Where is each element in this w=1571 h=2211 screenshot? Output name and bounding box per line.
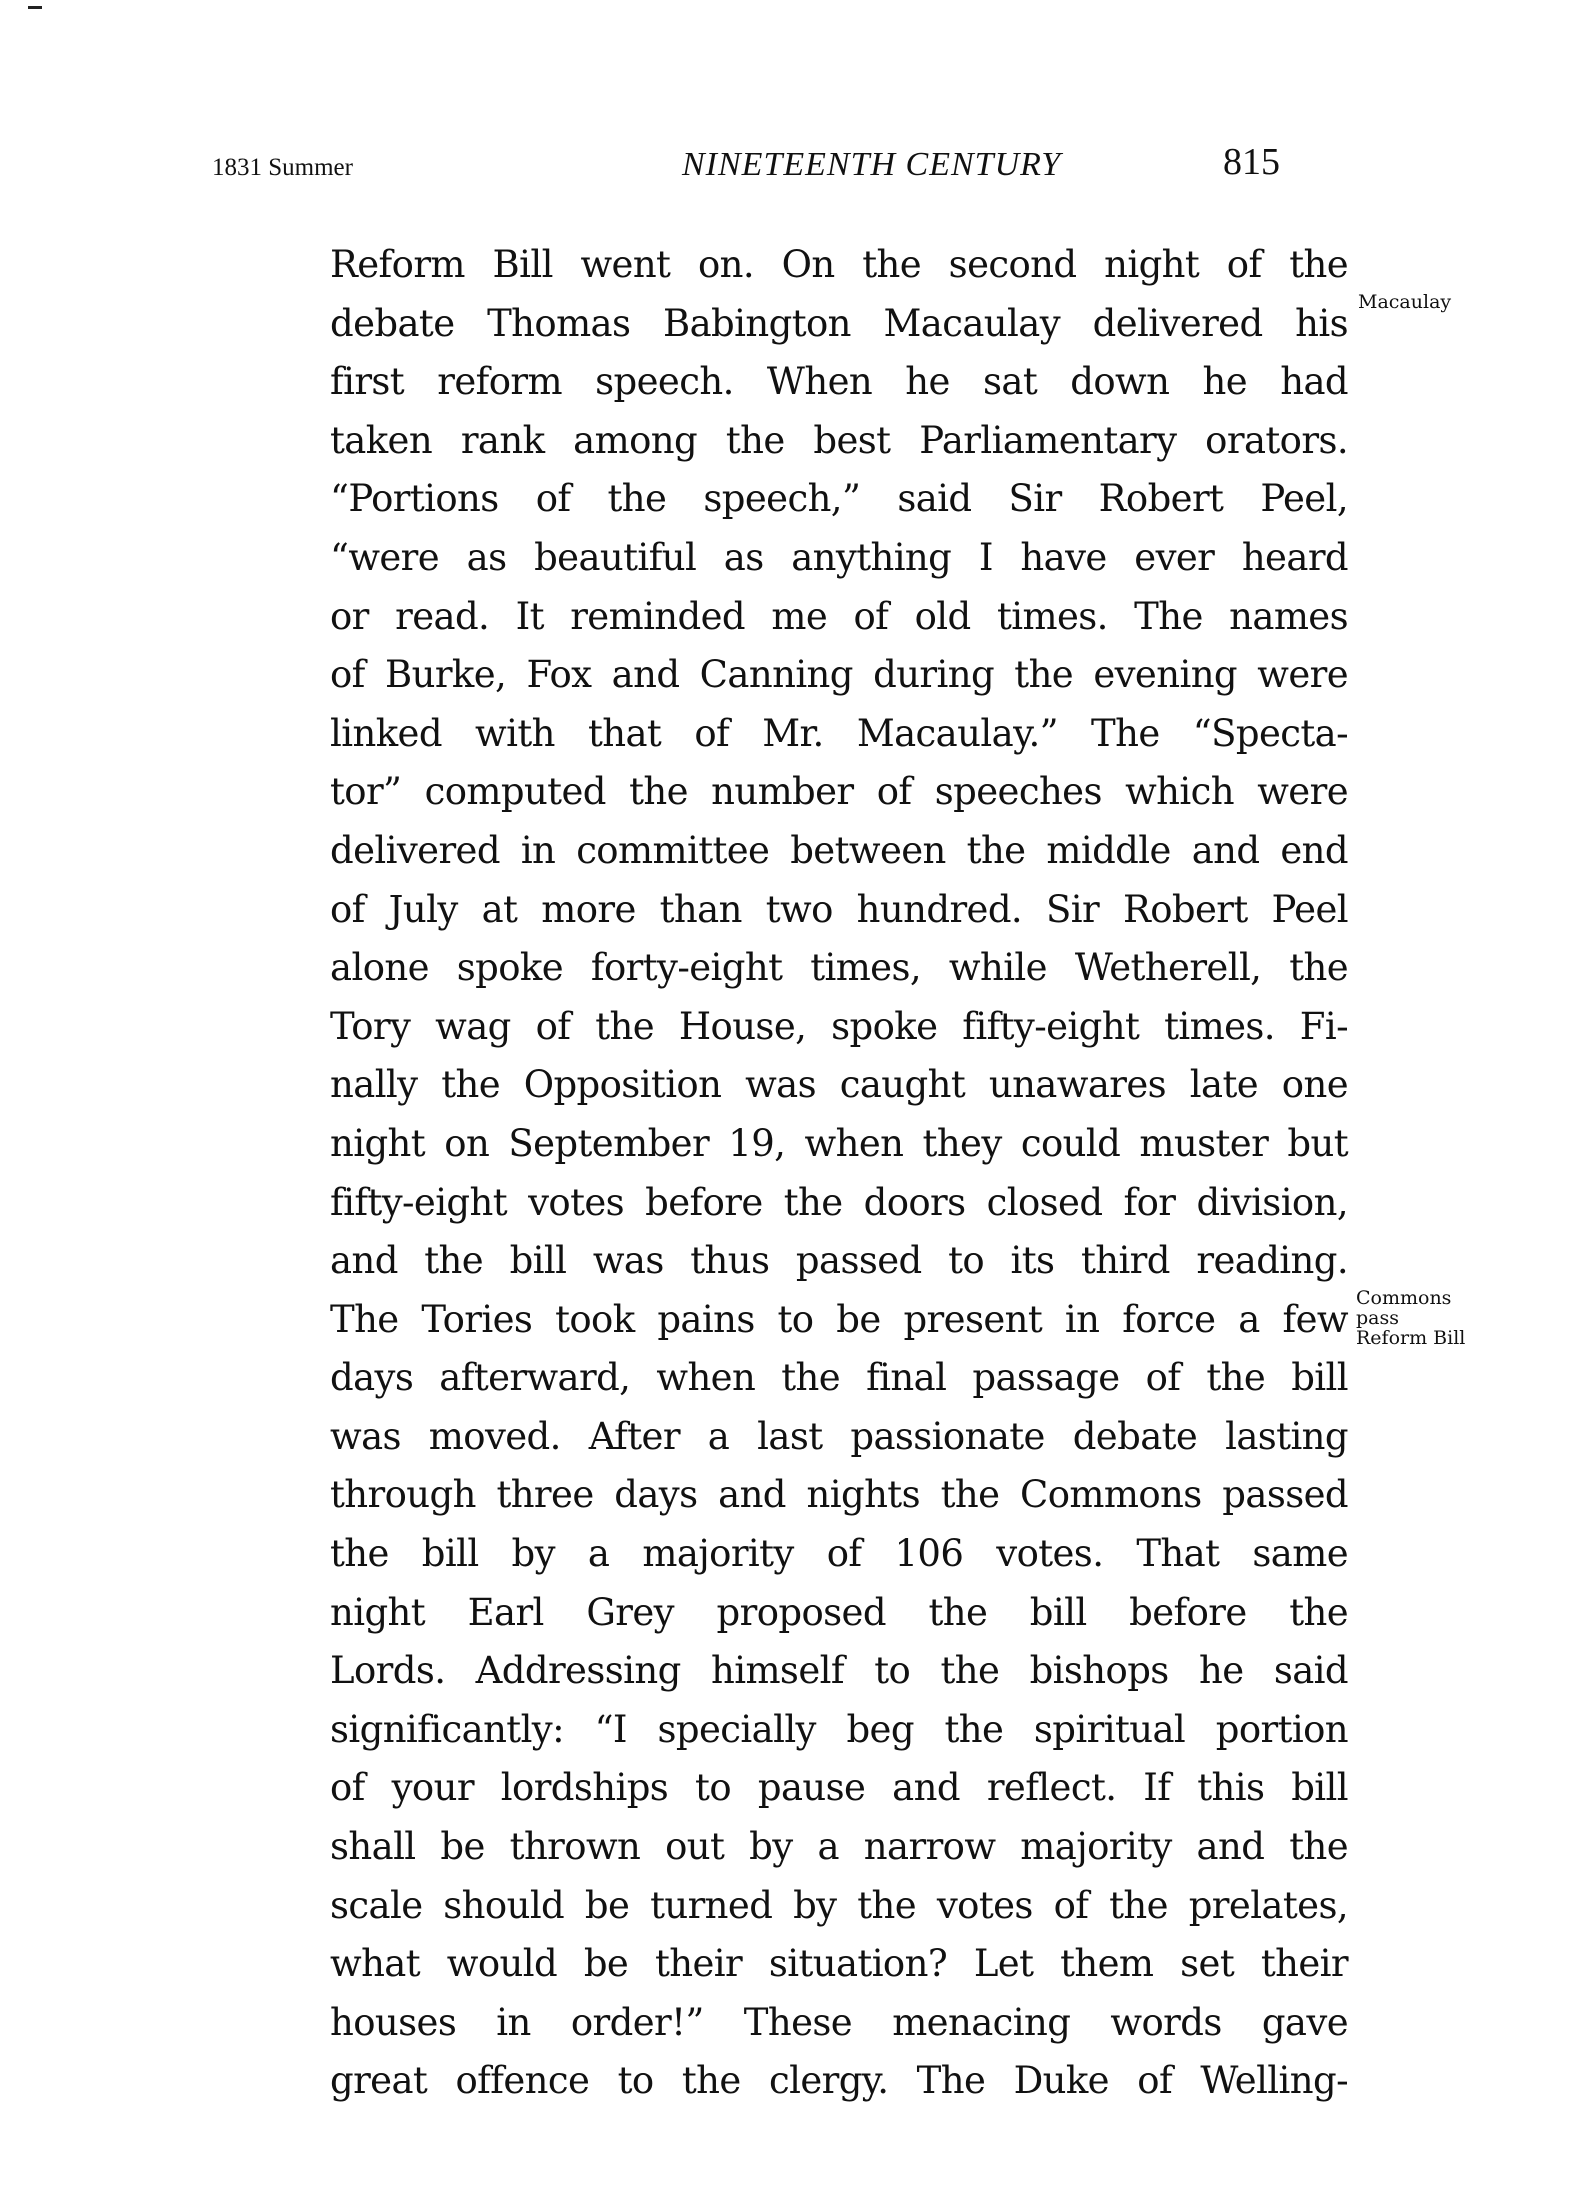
running-head: 1831 Summer NINETEENTH CENTURY 815 [0,142,1571,192]
text-line: taken rank among the best Parliamentary … [330,412,1348,471]
text-line: great offence to the clergy. The Duke of… [330,2052,1348,2111]
text-line: The Tories took pains to be present in f… [330,1291,1348,1350]
margin-note-line: pass [1356,1308,1465,1328]
text-line: and the bill was thus passed to its thir… [330,1232,1348,1291]
text-line: “Portions of the speech,” said Sir Rober… [330,470,1348,529]
running-head-title: NINETEENTH CENTURY [682,146,1061,184]
text-line: scale should be turned by the votes of t… [330,1877,1348,1936]
margin-note-macaulay: Macaulay [1358,292,1451,312]
text-line: the bill by a majority of 106 votes. Tha… [330,1525,1348,1584]
text-line: linked with that of Mr. Macaulay.” The “… [330,705,1348,764]
text-line: delivered in committee between the middl… [330,822,1348,881]
text-line: tor” computed the number of speeches whi… [330,763,1348,822]
text-line: of Burke, Fox and Canning during the eve… [330,646,1348,705]
body-text: Reform Bill went on. On the second night… [330,236,1348,2111]
text-line: alone spoke forty-eight times, while Wet… [330,939,1348,998]
text-line: of your lordships to pause and reflect. … [330,1759,1348,1818]
text-line: night Earl Grey proposed the bill before… [330,1584,1348,1643]
scan-artifact-mark [28,6,42,9]
text-line: Tory wag of the House, spoke fifty-eight… [330,998,1348,1057]
text-line: night on September 19, when they could m… [330,1115,1348,1174]
text-line: significantly: “I specially beg the spir… [330,1701,1348,1760]
margin-note-commons-pass-reform-bill: Commons pass Reform Bill [1356,1288,1465,1348]
margin-note-line: Reform Bill [1356,1328,1465,1348]
text-line: Reform Bill went on. On the second night… [330,236,1348,295]
text-line: Lords. Addressing himself to the bishops… [330,1642,1348,1701]
text-line: or read. It reminded me of old times. Th… [330,588,1348,647]
text-line: first reform speech. When he sat down he… [330,353,1348,412]
text-line: was moved. After a last passionate debat… [330,1408,1348,1467]
text-line: nally the Opposition was caught unawares… [330,1056,1348,1115]
running-head-date: 1831 Summer [212,154,353,182]
text-line: of July at more than two hundred. Sir Ro… [330,881,1348,940]
text-line: debate Thomas Babington Macaulay deliver… [330,295,1348,354]
text-line: through three days and nights the Common… [330,1466,1348,1525]
margin-note-line: Commons [1356,1288,1465,1308]
text-line: “were as beautiful as anything I have ev… [330,529,1348,588]
page-number: 815 [1223,140,1280,184]
text-line: shall be thrown out by a narrow majority… [330,1818,1348,1877]
text-line: what would be their situation? Let them … [330,1935,1348,1994]
text-line: fifty-eight votes before the doors close… [330,1174,1348,1233]
text-line: houses in order!” These menacing words g… [330,1994,1348,2053]
text-line: days afterward, when the final passage o… [330,1349,1348,1408]
